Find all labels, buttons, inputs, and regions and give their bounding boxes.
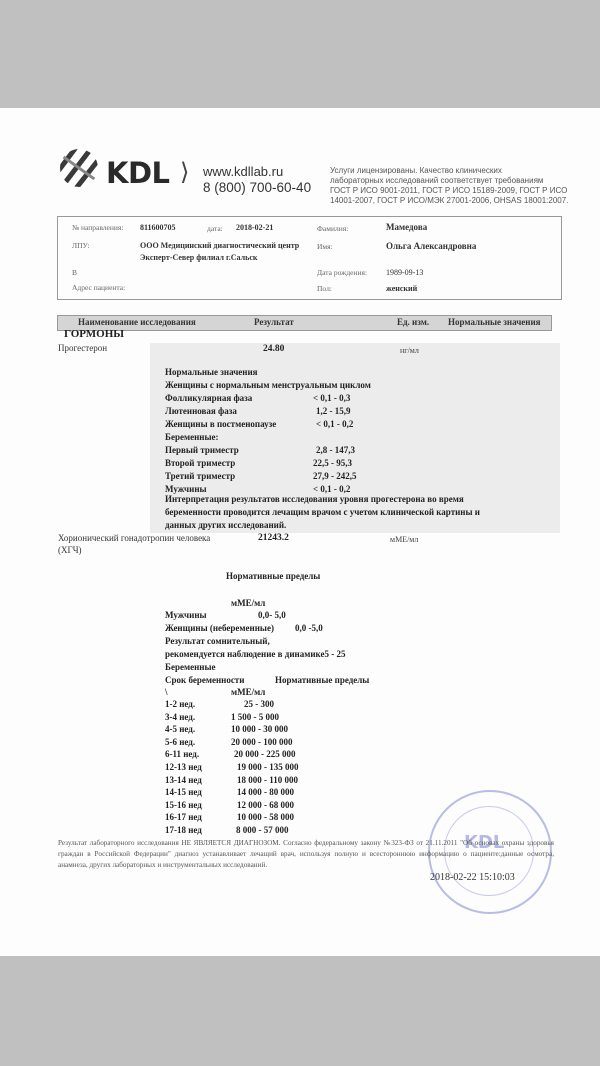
hcg-norm-men-label: Мужчины [165,610,207,620]
cert-line: Услуги лицензированы. Качество клиническ… [330,166,568,176]
doubtful-line2: рекомендуется наблюдение в динамике5 - 2… [165,649,345,659]
website-link[interactable]: www.kdllab.ru [203,164,283,179]
week-term: 1-2 нед. [165,699,195,709]
norm-label: Беременные: [165,432,218,442]
norm-value: 27,9 - 242,5 [313,471,357,481]
section-title: ГОРМОНЫ [64,328,124,340]
sex-label: Пол: [317,284,332,293]
week-range: 8 000 - 57 000 [236,825,289,835]
referral-label: № направления: [72,223,123,232]
week-range: 10 000 - 58 000 [237,812,294,822]
week-range: 19 000 - 135 000 [237,762,299,772]
term-unit-prefix: \ [165,687,168,697]
date-label: дата: [207,224,223,233]
week-term: 14-15 нед [165,787,202,797]
kdl-logo-icon [58,148,100,188]
norms-title: Нормальные значения [165,367,258,377]
week-term: 6-11 нед. [165,749,199,759]
hcg-norms-unit: мМЕ/мл [231,598,265,608]
hcg-norms-title: Нормативные пределы [226,571,320,581]
lpu-label: ЛПУ: [72,241,90,250]
result-progesterone: 24.80 [263,344,284,354]
week-term: 16-17 нед [165,812,202,822]
name-label: Имя: [317,242,333,251]
result-hcg: 21243.2 [258,533,289,543]
name-value: Ольга Александровна [386,241,476,251]
chevron-right-icon: ⟩ [180,158,189,186]
surname-label: Фамилия: [317,224,348,233]
lpu-name-line1: ООО Медицинский диагностический центр [140,241,299,250]
norm-label: Женщины с нормальным менструальным цикло… [165,380,371,390]
norm-label: Мужчины [165,484,207,494]
address-label: Адрес пациента: [72,283,125,292]
week-range: 18 000 - 110 000 [237,775,298,785]
unit-progesterone: нг/мл [400,346,419,355]
brand-name: KDL [106,156,170,190]
norm-label: Фолликулярная фаза [165,393,252,403]
norm-label: Третий триместр [165,471,235,481]
doubtful-line1: Результат сомнительный, [165,636,270,646]
lpu-name-line2: Эксперт-Север филиал г.Сальск [140,253,258,262]
limits-header: Нормативные пределы [275,675,369,685]
term-header: Срок беременности [165,675,244,685]
week-range: 10 000 - 30 000 [231,724,288,734]
norm-value: < 0,1 - 0,3 [313,393,350,403]
test-name-hcg: Хорионический гонадотропин человека [58,533,210,543]
week-range: 20 000 - 100 000 [231,737,293,747]
report-timestamp: 2018-02-22 15:10:03 [430,872,515,883]
norm-value: 1,2 - 15,9 [316,406,351,416]
week-term: 12-13 нед [165,762,202,772]
test-name-hcg-abbr: (ХГЧ) [58,545,82,555]
v-label: В [72,268,77,277]
week-term: 4-5 нед. [165,724,195,734]
norm-value: < 0,1 - 0,2 [316,419,353,429]
norm-label: Женщины в постменопаузе [165,419,276,429]
norm-label: Второй триместр [165,458,235,468]
week-range: 25 - 300 [244,699,274,709]
cert-line: лабораторных исследований соответствует … [330,176,568,186]
dob-value: 1989-09-13 [386,268,423,277]
referral-date: 2018-02-21 [236,223,273,232]
hcg-norm-men-value: 0,0- 5,0 [258,610,286,620]
week-term: 15-16 нед [165,800,202,810]
note-line: данных других исследований. [165,520,286,530]
referral-number: 811600705 [140,223,176,232]
week-term: 5-6 нед. [165,737,195,747]
norm-value: 22,5 - 95,3 [313,458,352,468]
surname-value: Мамедова [386,222,427,232]
phone-number: 8 (800) 700-60-40 [203,180,311,195]
week-term: 3-4 нед. [165,712,195,722]
week-range: 12 000 - 68 000 [237,800,294,810]
results-table-header: Наименование исследования Результат Ед. … [57,315,552,331]
cert-line: ГОСТ Р ИСО 9001-2011, ГОСТ Р ИСО 15189-2… [330,186,568,196]
week-range: 14 000 - 80 000 [237,787,294,797]
week-term: 17-18 нед [165,825,202,835]
note-line: беременности проводится лечащим врачом с… [165,507,480,517]
norm-label: Лютеиновая фаза [165,406,237,416]
norm-value: < 0,1 - 0,2 [313,484,350,494]
disclaimer-text: Результат лабораторного исследования НЕ … [58,838,554,871]
certification-text: Услуги лицензированы. Качество клиническ… [330,166,568,206]
hcg-norm-women-label: Женщины (небеременные) [165,623,274,633]
norm-value: 2,8 - 147,3 [316,445,355,455]
cert-line: 14001-2007, ГОСТ Р ИСО/МЭК 27001-2006, O… [330,196,568,206]
week-range: 1 500 - 5 000 [231,712,279,722]
patient-info-box [57,216,562,300]
header-normal-values: Нормальные значения [448,317,541,327]
week-range: 20 000 - 225 000 [234,749,296,759]
norm-label: Первый триместр [165,445,239,455]
hcg-norm-women-value: 0,0 -5,0 [295,623,323,633]
week-term: 13-14 нед [165,775,202,785]
dob-label: Дата рождения: [317,268,367,277]
header-result: Результат [254,317,294,327]
header-unit: Ед. изм. [397,317,429,327]
note-line: Интерпретация результатов исследования у… [165,494,464,504]
header-test-name: Наименование исследования [78,317,196,327]
term-unit: мМЕ/мл [231,687,265,697]
unit-hcg: мМЕ/мл [390,535,418,544]
test-name-progesterone: Прогестерон [58,343,107,353]
sex-value: женский [386,284,417,293]
pregnant-label: Беременные [165,662,215,672]
